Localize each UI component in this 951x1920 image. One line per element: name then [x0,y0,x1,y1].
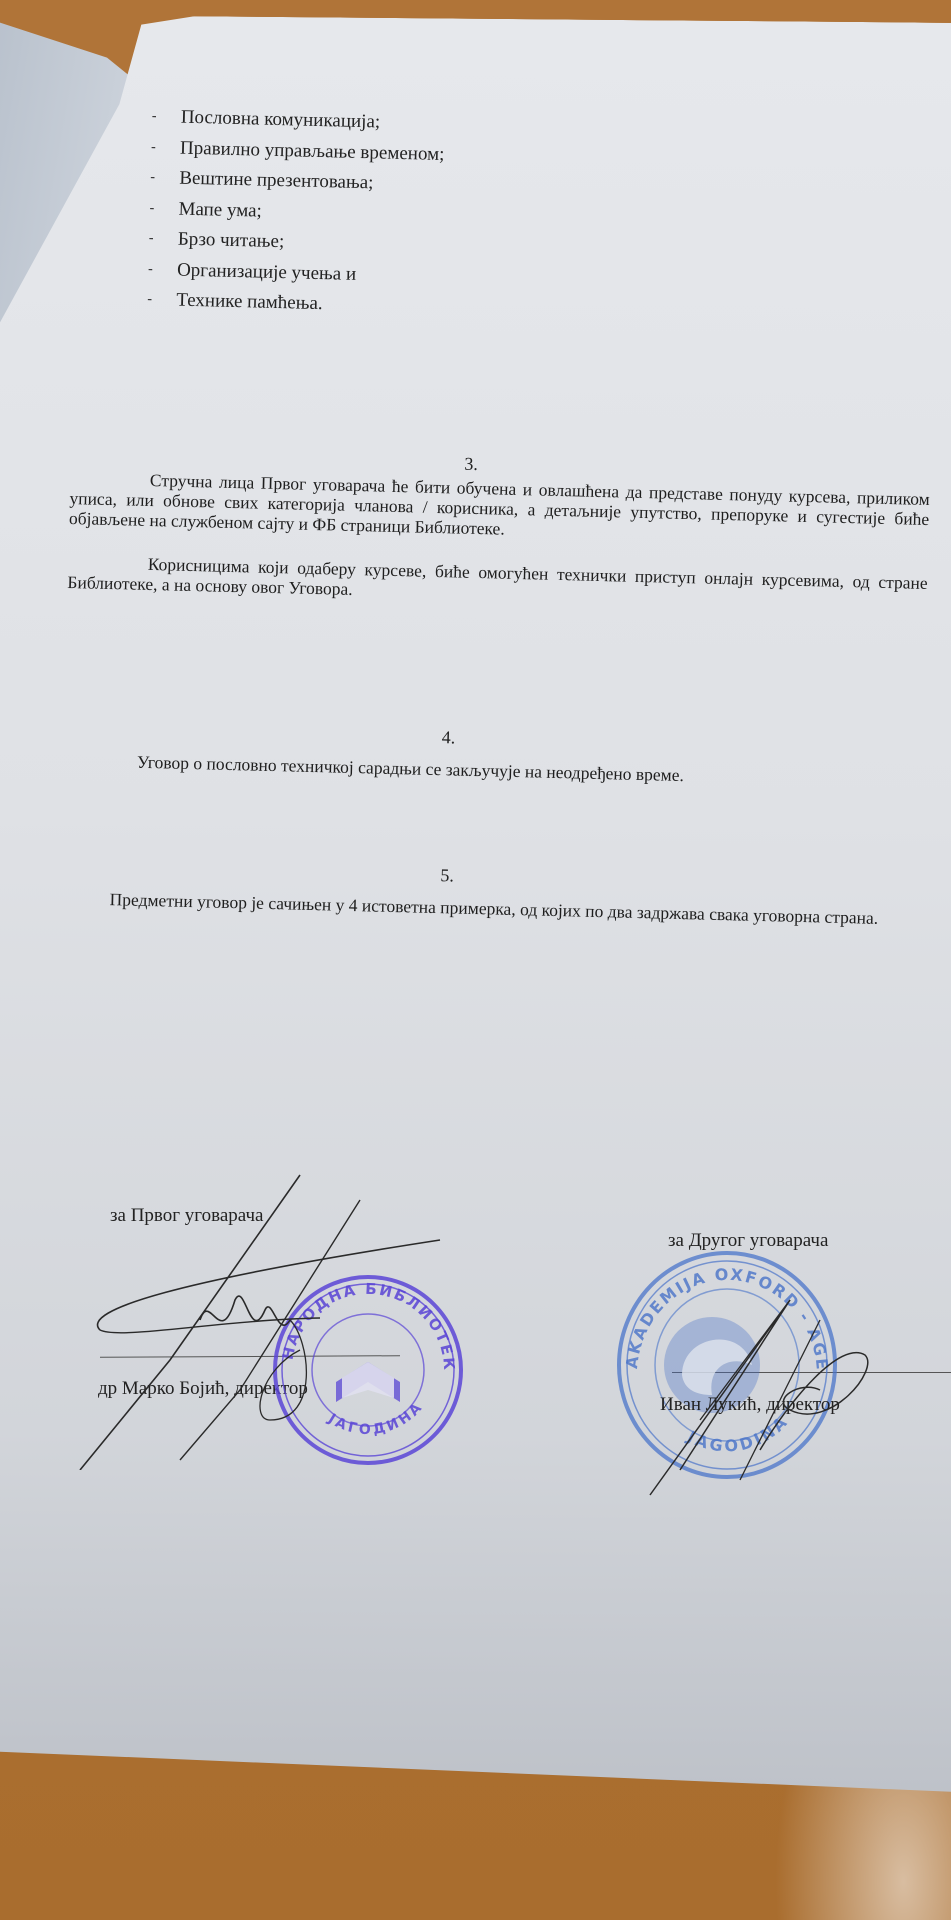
list-item: Технике памћења. [152,285,441,323]
section-4-paragraph: Уговор о пословно техничкој сарадњи се з… [137,752,937,792]
document-content: Пословна комуникација; Правилно управљањ… [0,0,951,1920]
section-number-5: 5. [440,865,454,886]
section-number-3: 3. [464,454,478,475]
section-5-paragraph: Предметни уговор је сачињен у 4 истоветн… [29,887,939,929]
section-3-paragraph-2: Корисницима који одаберу курсеве, биће о… [67,552,928,613]
section-number-4: 4. [441,727,455,748]
first-party-signature-icon [60,1170,480,1470]
course-list: Пословна комуникација; Правилно управљањ… [152,102,446,322]
section-3-paragraph-1: Стручна лица Првог уговарача ће бити обу… [69,468,930,549]
second-party-signature-icon [640,1280,900,1500]
